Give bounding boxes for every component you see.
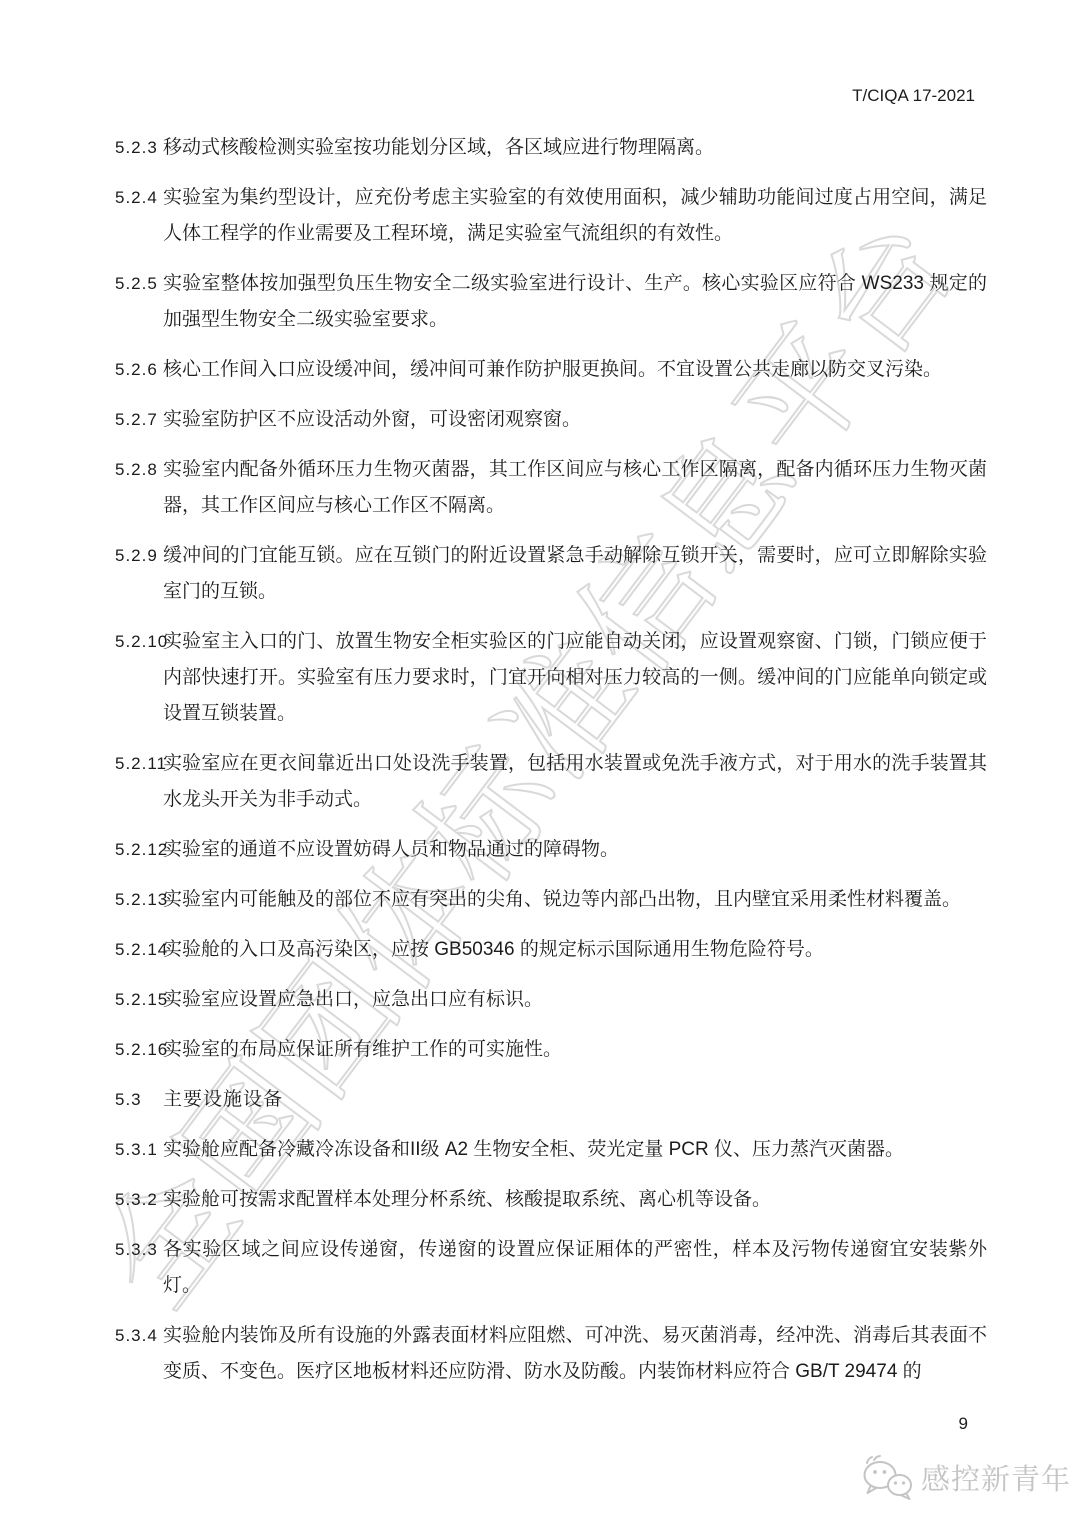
clause-number: 5.2.10 [115, 624, 163, 732]
clause-row: 5.2.13 实验室内可能触及的部位不应有突出的尖角、锐边等内部凸出物，且内壁宜… [115, 882, 987, 918]
clause-row: 5.2.9 缓冲间的门宜能互锁。应在互锁门的附近设置紧急手动解除互锁开关，需要时… [115, 538, 987, 610]
clause-text: 实验舱可按需求配置样本处理分杯系统、核酸提取系统、离心机等设备。 [163, 1182, 987, 1218]
clause-row: 5.2.3 移动式核酸检测实验室按功能划分区域，各区域应进行物理隔离。 [115, 130, 987, 166]
clause-text: 实验室内配备外循环压力生物灭菌器，其工作区间应与核心工作区隔离，配备内循环压力生… [163, 452, 987, 524]
clause-number: 5.2.11 [115, 746, 163, 818]
clause-text: 缓冲间的门宜能互锁。应在互锁门的附近设置紧急手动解除互锁开关，需要时，应可立即解… [163, 538, 987, 610]
clause-row: 5.2.14 实验舱的入口及高污染区，应按 GB50346 的规定标示国际通用生… [115, 932, 987, 968]
clause-number: 5.2.3 [115, 130, 163, 166]
clause-number: 5.2.8 [115, 452, 163, 524]
document-code: T/CIQA 17-2021 [852, 86, 975, 106]
clause-text: 实验室防护区不应设活动外窗，可设密闭观察窗。 [163, 402, 987, 438]
document-page: 全国团体标准信息平台 T/CIQA 17-2021 5.2.3 移动式核酸检测实… [0, 0, 1080, 1528]
clause-text: 实验室的布局应保证所有维护工作的可实施性。 [163, 1032, 987, 1068]
clause-row: 5.3 主要设施设备 [115, 1082, 987, 1118]
clause-text: 实验室应设置应急出口，应急出口应有标识。 [163, 982, 987, 1018]
clause-row: 5.2.15 实验室应设置应急出口，应急出口应有标识。 [115, 982, 987, 1018]
clause-number: 5.3.4 [115, 1318, 163, 1390]
clause-text: 实验室内可能触及的部位不应有突出的尖角、锐边等内部凸出物，且内壁宜采用柔性材料覆… [163, 882, 987, 918]
clause-list: 5.2.3 移动式核酸检测实验室按功能划分区域，各区域应进行物理隔离。 5.2.… [115, 130, 987, 1404]
clause-number: 5.3.2 [115, 1182, 163, 1218]
clause-row: 5.2.8 实验室内配备外循环压力生物灭菌器，其工作区间应与核心工作区隔离，配备… [115, 452, 987, 524]
clause-number: 5.2.13 [115, 882, 163, 918]
clause-text: 实验室整体按加强型负压生物安全二级实验室进行设计、生产。核心实验区应符合 WS2… [163, 266, 987, 338]
clause-row: 5.3.2 实验舱可按需求配置样本处理分杯系统、核酸提取系统、离心机等设备。 [115, 1182, 987, 1218]
clause-number: 5.2.9 [115, 538, 163, 610]
clause-text: 实验舱的入口及高污染区，应按 GB50346 的规定标示国际通用生物危险符号。 [163, 932, 987, 968]
brand-watermark: 感控新青年 [860, 1454, 1071, 1500]
clause-row: 5.2.7 实验室防护区不应设活动外窗，可设密闭观察窗。 [115, 402, 987, 438]
clause-text: 实验室应在更衣间靠近出口处设洗手装置，包括用水装置或免洗手液方式，对于用水的洗手… [163, 746, 987, 818]
clause-row: 5.3.1 实验舱应配备冷藏冷冻设备和II级 A2 生物安全柜、荧光定量 PCR… [115, 1132, 987, 1168]
clause-number: 5.2.15 [115, 982, 163, 1018]
clause-text: 实验室的通道不应设置妨碍人员和物品通过的障碍物。 [163, 832, 987, 868]
wechat-icon [860, 1454, 914, 1500]
brand-watermark-label: 感控新青年 [921, 1457, 1071, 1498]
clause-row: 5.2.6 核心工作间入口应设缓冲间，缓冲间可兼作防护服更换间。不宜设置公共走廊… [115, 352, 987, 388]
clause-row: 5.2.16 实验室的布局应保证所有维护工作的可实施性。 [115, 1032, 987, 1068]
clause-text: 实验舱应配备冷藏冷冻设备和II级 A2 生物安全柜、荧光定量 PCR 仪、压力蒸… [163, 1132, 987, 1168]
clause-row: 5.2.4 实验室为集约型设计，应充份考虑主实验室的有效使用面积，减少辅助功能间… [115, 180, 987, 252]
clause-text: 实验舱内装饰及所有设施的外露表面材料应阻燃、可冲洗、易灭菌消毒，经冲洗、消毒后其… [163, 1318, 987, 1390]
clause-row: 5.3.3 各实验区域之间应设传递窗，传递窗的设置应保证厢体的严密性，样本及污物… [115, 1232, 987, 1304]
clause-number: 5.3.3 [115, 1232, 163, 1304]
clause-row: 5.2.10 实验室主入口的门、放置生物安全柜实验区的门应能自动关闭，应设置观察… [115, 624, 987, 732]
clause-number: 5.2.14 [115, 932, 163, 968]
clause-number: 5.2.16 [115, 1032, 163, 1068]
clause-text: 主要设施设备 [163, 1082, 987, 1118]
clause-number: 5.2.12 [115, 832, 163, 868]
page-number: 9 [959, 1414, 968, 1434]
clause-text: 各实验区域之间应设传递窗，传递窗的设置应保证厢体的严密性，样本及污物传递窗宜安装… [163, 1232, 987, 1304]
clause-row: 5.2.11 实验室应在更衣间靠近出口处设洗手装置，包括用水装置或免洗手液方式，… [115, 746, 987, 818]
clause-text: 移动式核酸检测实验室按功能划分区域，各区域应进行物理隔离。 [163, 130, 987, 166]
clause-number: 5.2.4 [115, 180, 163, 252]
clause-number: 5.3 [115, 1082, 163, 1118]
clause-text: 实验室主入口的门、放置生物安全柜实验区的门应能自动关闭，应设置观察窗、门锁，门锁… [163, 624, 987, 732]
clause-text: 实验室为集约型设计，应充份考虑主实验室的有效使用面积，减少辅助功能间过度占用空间… [163, 180, 987, 252]
clause-number: 5.2.5 [115, 266, 163, 338]
clause-row: 5.2.12 实验室的通道不应设置妨碍人员和物品通过的障碍物。 [115, 832, 987, 868]
clause-number: 5.2.7 [115, 402, 163, 438]
clause-row: 5.2.5 实验室整体按加强型负压生物安全二级实验室进行设计、生产。核心实验区应… [115, 266, 987, 338]
clause-row: 5.3.4 实验舱内装饰及所有设施的外露表面材料应阻燃、可冲洗、易灭菌消毒，经冲… [115, 1318, 987, 1390]
clause-number: 5.2.6 [115, 352, 163, 388]
clause-number: 5.3.1 [115, 1132, 163, 1168]
clause-text: 核心工作间入口应设缓冲间，缓冲间可兼作防护服更换间。不宜设置公共走廊以防交叉污染… [163, 352, 987, 388]
